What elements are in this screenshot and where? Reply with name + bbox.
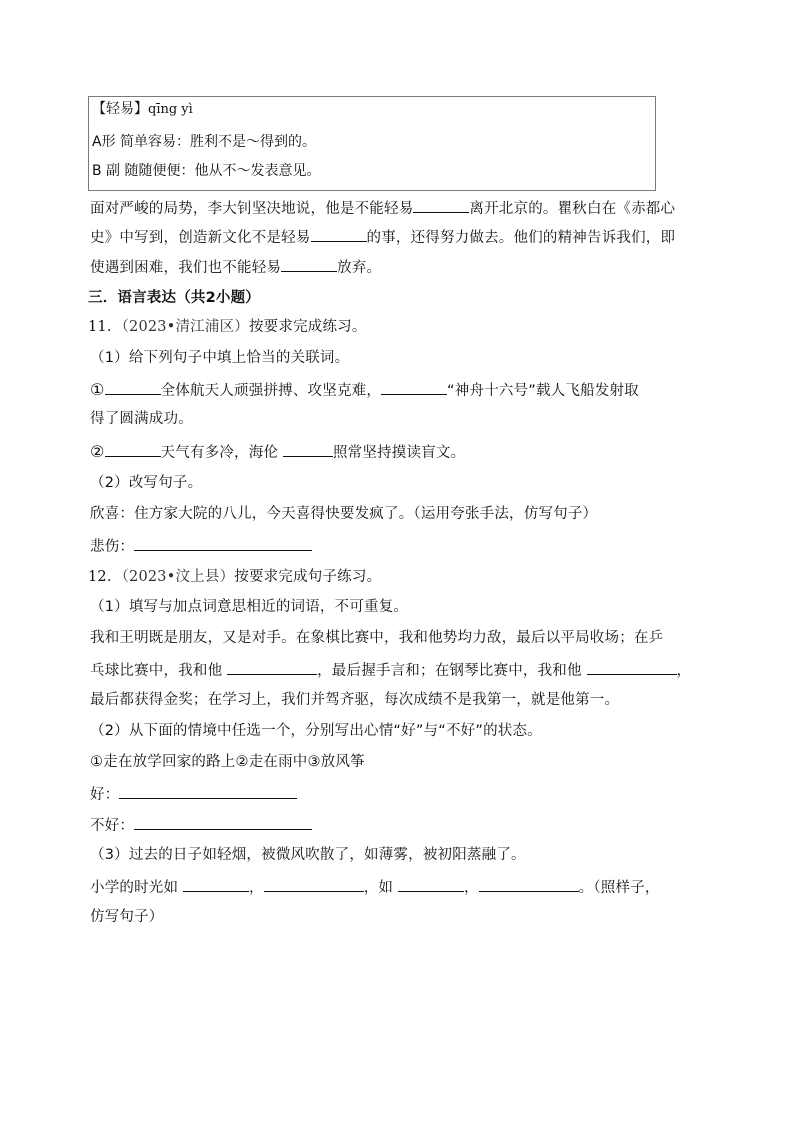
passage-text: 放弃。 xyxy=(337,260,381,276)
q12-part1-title: （1）填写与加点词意思相近的词语，不可重复。 xyxy=(90,598,722,616)
passage-text: 使遇到困难，我们也不能轻易 xyxy=(90,260,281,276)
item-text: 天气有多冷，海伦 xyxy=(161,445,283,461)
q11-item2-line: ②天气有多冷，海伦 照常坚持摸读盲文。 xyxy=(90,442,722,462)
dictionary-sense-b: B 副 随随便便：他从不～发表意见。 xyxy=(92,163,321,179)
item-text: ， xyxy=(464,880,479,896)
q11-item1-line2: 得了圆满成功。 xyxy=(90,410,722,428)
item-marker: ② xyxy=(90,442,105,461)
section-title: 三．语言表达（共2小题） xyxy=(88,289,720,307)
item-text: 小学的时光如 xyxy=(90,880,183,896)
q12-part3-line1: 小学的时光如 ，，如 ，。（照样子， xyxy=(90,877,722,897)
item-text: ，最后握手言和；在钢琴比赛中，我和他 xyxy=(317,663,586,679)
q12-part3-line2: 仿写句子） xyxy=(90,908,722,926)
answer-blank[interactable] xyxy=(183,877,249,892)
sense-a-label: A形 xyxy=(92,134,116,150)
question-12-header: 12．（2023•汶上县）按要求完成句子练习。 xyxy=(88,568,720,586)
q11-part2-title: （2）改写句子。 xyxy=(90,474,722,492)
q12-part3-title: （3）过去的日子如轻烟，被微风吹散了，如薄雾，被初阳蒸融了。 xyxy=(90,846,722,864)
passage-text: 离开北京的。瞿秋白在《赤都心 xyxy=(469,201,675,217)
q12-part1-line2: 乓球比赛中，我和他 ，最后握手言和；在钢琴比赛中，我和他 ， xyxy=(90,660,722,680)
answer-blank[interactable] xyxy=(398,877,464,892)
answer-blank[interactable] xyxy=(134,815,312,830)
item-text: 乓球比赛中，我和他 xyxy=(90,663,227,679)
question-prompt: 按要求完成练习。 xyxy=(249,319,367,335)
answer-blank[interactable] xyxy=(105,380,161,395)
answer-label: 不好： xyxy=(90,818,134,834)
question-number: 12． xyxy=(88,569,122,585)
q12-part1-line1: 我和王明既是朋友，又是对手。在象棋比赛中，我和他势均力敌，最后以平局收场；在乒 xyxy=(90,629,722,647)
answer-blank[interactable] xyxy=(227,660,317,675)
answer-label: 悲伤： xyxy=(90,539,134,555)
passage-text: 史》中写到，创造新文化不是轻易 xyxy=(90,230,311,246)
answer-blank[interactable] xyxy=(119,784,297,799)
q11-example-sentence: 欣喜：住方家大院的八儿，今天喜得快要发疯了。（运用夸张手法，仿写句子） xyxy=(90,505,722,523)
item-text: 照常坚持摸读盲文。 xyxy=(333,445,465,461)
question-number: 11． xyxy=(88,319,122,335)
dictionary-entry-box: 【轻易】qīng yì A形 简单容易：胜利不是～得到的。 B 副 随随便便：他… xyxy=(88,96,656,191)
sense-b-text: 随随便便：他从不～发表意见。 xyxy=(125,163,321,179)
answer-blank[interactable] xyxy=(311,227,367,242)
dictionary-sense-a: A形 简单容易：胜利不是～得到的。 xyxy=(92,134,316,150)
q11-part1-title: （1）给下列句子中填上恰当的关联词。 xyxy=(90,349,722,367)
answer-blank[interactable] xyxy=(283,442,333,457)
dictionary-headword: 【轻易】 xyxy=(92,101,148,117)
question-prompt: 按要求完成句子练习。 xyxy=(234,569,381,585)
answer-blank[interactable] xyxy=(105,442,161,457)
dictionary-headword-line: 【轻易】qīng yì xyxy=(92,101,193,118)
q11-item1-line1: ①全体航天人顽强拼搏、攻坚克难，“神舟十六号”载人飞船发射取 xyxy=(90,380,722,400)
q12-bad-line: 不好： xyxy=(90,815,722,835)
answer-label: 好： xyxy=(90,787,119,803)
sense-a-text: 简单容易：胜利不是～得到的。 xyxy=(120,134,316,150)
passage-line-1: 面对严峻的局势，李大钊坚决地说，他是不能轻易离开北京的。瞿秋白在《赤都心 xyxy=(90,198,722,218)
passage-text: 面对严峻的局势，李大钊坚决地说，他是不能轻易 xyxy=(90,201,413,217)
passage-text: 的事，还得努力做去。他们的精神告诉我们，即 xyxy=(367,230,676,246)
question-source: （2023•清江浦区） xyxy=(122,319,249,335)
answer-blank[interactable] xyxy=(381,380,447,395)
q12-part2-title: （2）从下面的情境中任选一个，分别写出心情“好”与“不好”的状态。 xyxy=(90,722,722,740)
item-text: ， xyxy=(249,880,264,896)
sense-b-label: B 副 xyxy=(92,163,120,179)
q12-good-line: 好： xyxy=(90,784,722,804)
answer-blank[interactable] xyxy=(413,198,469,213)
item-marker: ① xyxy=(90,380,105,399)
q11-answer-line: 悲伤： xyxy=(90,536,722,556)
answer-blank[interactable] xyxy=(264,877,364,892)
question-source: （2023•汶上县） xyxy=(122,569,235,585)
answer-blank[interactable] xyxy=(479,877,579,892)
question-11-header: 11．（2023•清江浦区）按要求完成练习。 xyxy=(88,318,720,336)
dictionary-pinyin: qīng yì xyxy=(148,102,193,117)
item-text: “神舟十六号”载人飞船发射取 xyxy=(447,383,639,399)
passage-line-3: 使遇到困难，我们也不能轻易放弃。 xyxy=(90,257,722,277)
document-page: 【轻易】qīng yì A形 简单容易：胜利不是～得到的。 B 副 随随便便：他… xyxy=(0,0,794,1123)
q12-situations: ①走在放学回家的路上②走在雨中③放风筝 xyxy=(90,753,722,771)
answer-blank[interactable] xyxy=(281,257,337,272)
passage-line-2: 史》中写到，创造新文化不是轻易的事，还得努力做去。他们的精神告诉我们，即 xyxy=(90,227,722,247)
item-text: ，如 xyxy=(364,880,398,896)
item-text: 。（照样子， xyxy=(579,880,660,896)
answer-blank[interactable] xyxy=(587,660,677,675)
q12-part1-line3: 最后都获得金奖；在学习上，我们并驾齐驱，每次成绩不是我第一，就是他第一。 xyxy=(90,691,722,709)
answer-blank[interactable] xyxy=(134,536,312,551)
item-text: ， xyxy=(677,663,692,679)
item-text: 全体航天人顽强拼搏、攻坚克难， xyxy=(161,383,382,399)
